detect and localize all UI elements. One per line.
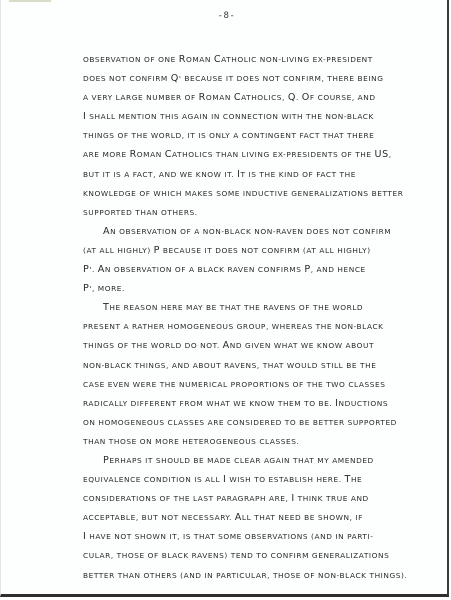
text-line: Perhaps it should be made clear again th… [83, 451, 451, 470]
text-line: on homogeneous classes are considered to… [83, 413, 451, 432]
text-line: a very large number of Roman Catholics, … [83, 88, 451, 107]
text-line: does not confirm Q' because it does not … [83, 69, 451, 88]
scan-artifact [9, 0, 51, 2]
text-line: case even were the numerical proportions… [83, 375, 451, 394]
text-line: (at all highly) P because it does not co… [83, 241, 451, 260]
text-line: non-black things, and about ravens, that… [83, 356, 451, 375]
text-line: The reason here may be that the ravens o… [83, 298, 451, 317]
text-line: cular, those of black ravens) tend to co… [83, 546, 451, 565]
text-line: supported than others. [83, 203, 451, 222]
text-line: than those on more heterogeneous classes… [83, 432, 451, 451]
text-line: I have not shown it, is that some observ… [83, 527, 451, 546]
text-line: but it is a fact, and we know it. It is … [83, 165, 451, 184]
text-line: radically different from what we know th… [83, 394, 451, 413]
text-line: equivalence condition is all I wish to e… [83, 470, 451, 489]
text-line: knowledge of which makes some inductive … [83, 184, 451, 203]
page-number: -8- [1, 11, 451, 21]
text-line: things of the world, it is only a contin… [83, 126, 451, 145]
text-line: are more Roman Catholics than living ex-… [83, 145, 451, 164]
text-line: things of the world do not. And given wh… [83, 336, 451, 355]
body-text: observation of one Roman Catholic non-li… [83, 50, 451, 585]
document-page: -8- observation of one Roman Catholic no… [0, 0, 449, 597]
text-line: P'. An observation of a black raven conf… [83, 260, 451, 279]
text-line: better than others (and in particular, t… [83, 566, 451, 585]
text-line: An observation of a non-black non-raven … [83, 222, 451, 241]
text-line: considerations of the last paragraph are… [83, 489, 451, 508]
text-line: present a rather homogeneous group, wher… [83, 317, 451, 336]
text-line: P', more. [83, 279, 451, 298]
text-line: observation of one Roman Catholic non-li… [83, 50, 451, 69]
text-line: I shall mention this again in connection… [83, 107, 451, 126]
text-line: acceptable, but not necessary. All that … [83, 508, 451, 527]
